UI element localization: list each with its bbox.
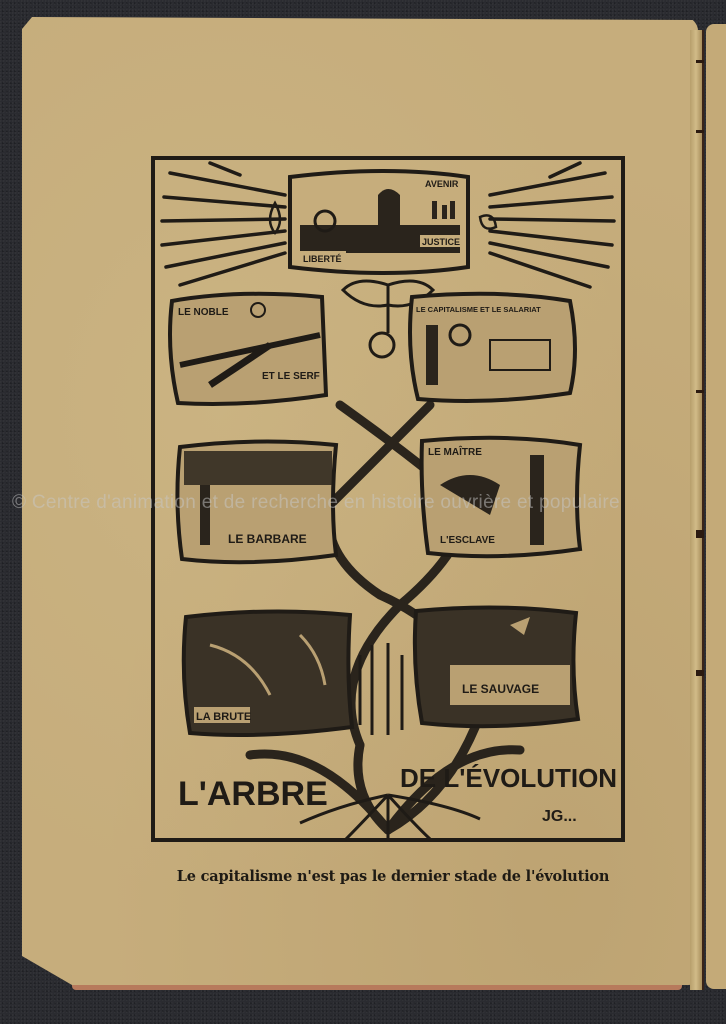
binding-spine [690, 30, 704, 990]
panel-brute: LA BRUTE [184, 611, 352, 735]
label-le-barbare: LE BARBARE [228, 532, 307, 546]
artist-signature: JG... [542, 808, 577, 825]
panel-barbare: LE BARBARE [177, 441, 336, 562]
label-l-esclave: L'ESCLAVE [440, 535, 495, 546]
title-larbre: L'ARBRE [178, 775, 328, 813]
illustration-caption: Le capitalisme n'est pas le dernier stad… [0, 868, 726, 885]
panel-sauvage: LE SAUVAGE [415, 607, 578, 726]
page-bottom-edge [72, 985, 682, 990]
label-liberte: LIBERTÉ [303, 254, 342, 264]
staple-mark [696, 130, 704, 133]
label-le-noble: LE NOBLE [178, 307, 229, 318]
label-justice: JUSTICE [422, 237, 460, 247]
label-avenir: AVENIR [425, 179, 459, 189]
future-banner: LIBERTÉ AVENIR JUSTICE [270, 171, 496, 273]
label-la-brute: LA BRUTE [196, 711, 251, 723]
next-page-edge [706, 24, 726, 989]
panel-maitre-esclave: LE MAÎTRE L'ESCLAVE [422, 438, 580, 556]
panel-noble-serf: LE NOBLE ET LE SERF [170, 294, 326, 404]
tree-of-evolution-woodcut: LIBERTÉ AVENIR JUSTICE [150, 155, 626, 843]
staple-mark [696, 60, 704, 63]
label-et-le-serf: ET LE SERF [262, 371, 320, 382]
tear-mark [696, 530, 704, 538]
label-le-maitre: LE MAÎTRE [428, 445, 482, 458]
tear-mark [696, 670, 704, 676]
panel-capitalisme: LE CAPITALISME ET LE SALARIAT [410, 294, 575, 401]
label-capitalisme: LE CAPITALISME ET LE SALARIAT [416, 305, 541, 314]
label-le-sauvage: LE SAUVAGE [462, 682, 539, 696]
title-de-levolution: DE L'ÉVOLUTION [400, 763, 617, 793]
staple-mark [696, 390, 704, 393]
